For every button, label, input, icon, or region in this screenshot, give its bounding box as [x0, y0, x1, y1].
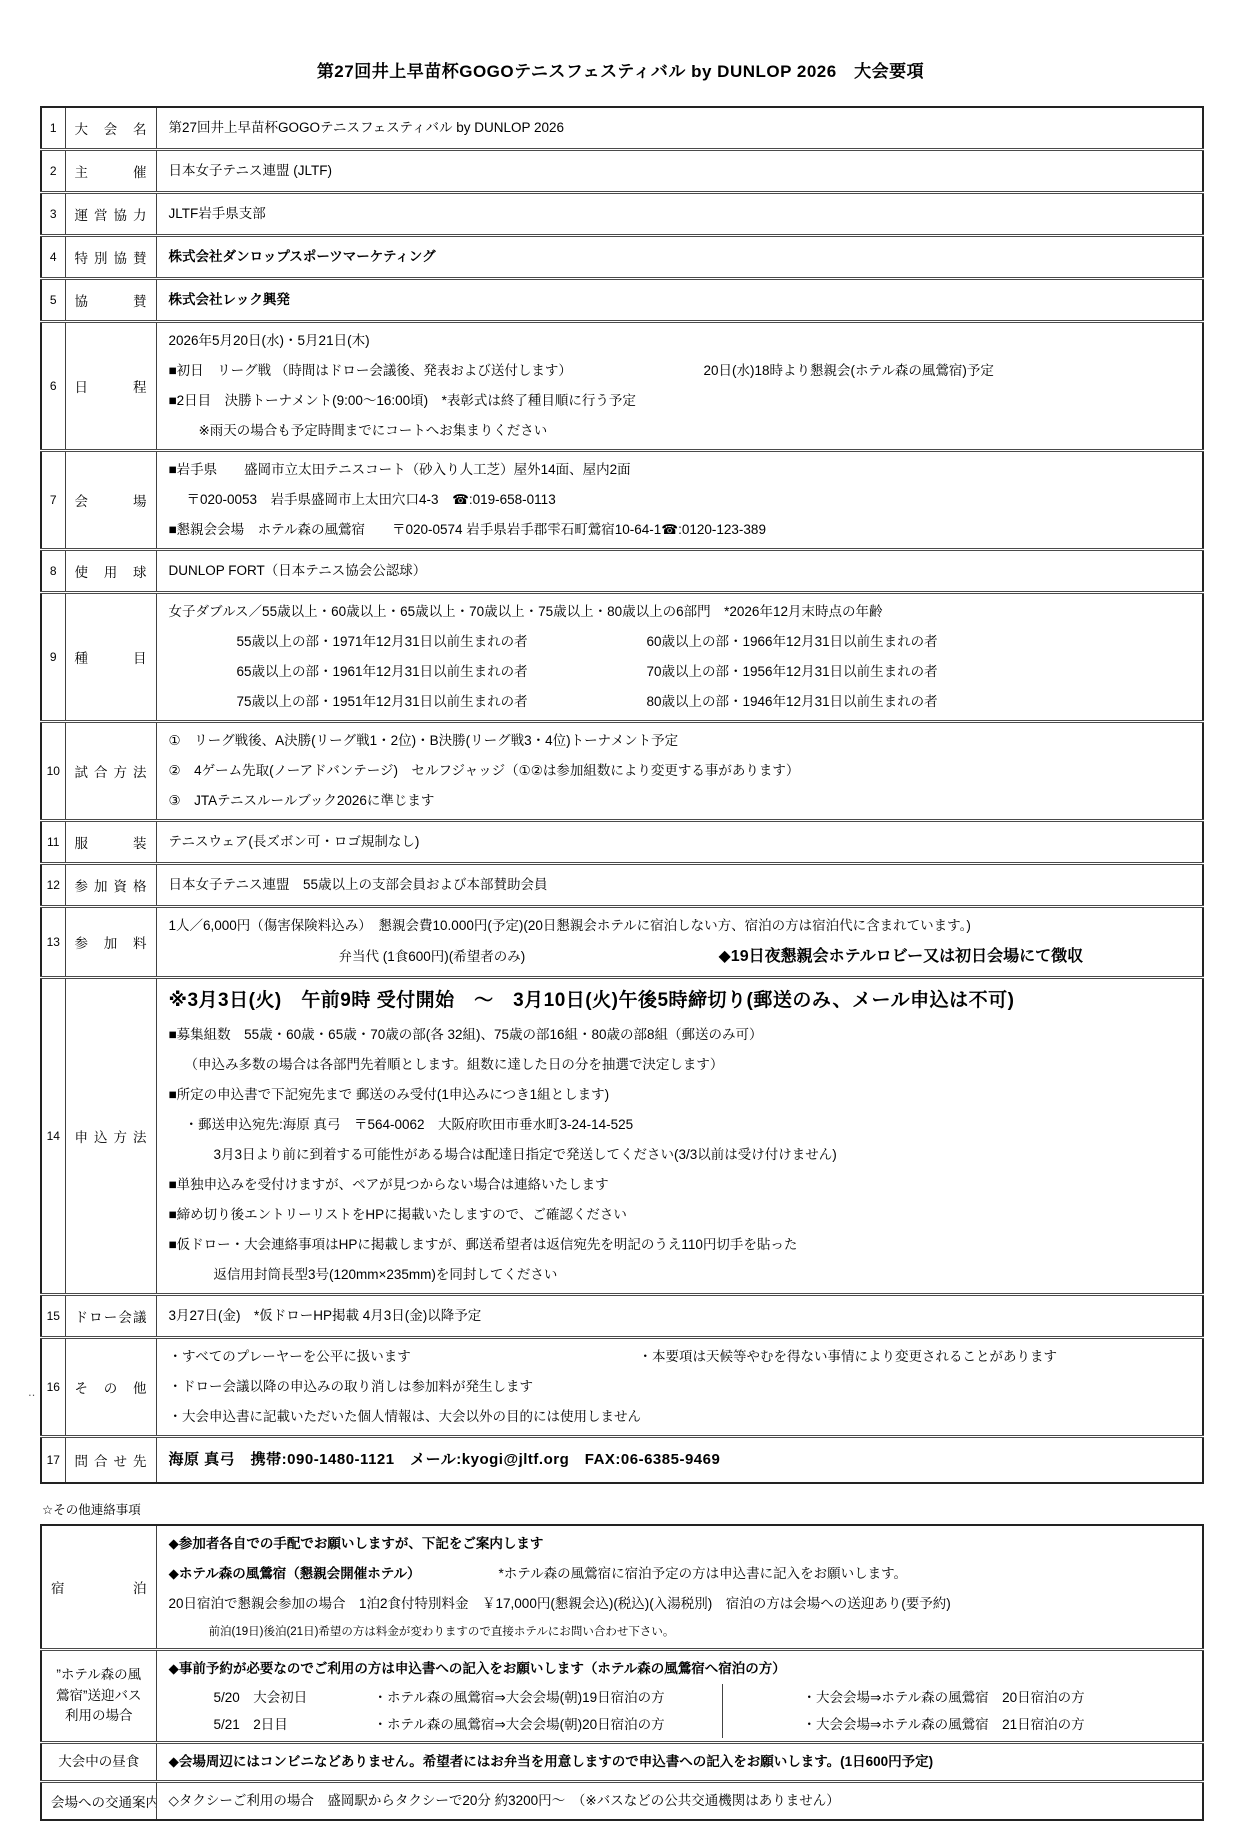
text-segment: ■単独申込みを受付けますが、ペアが見つからない場合は連絡いたします: [169, 1170, 609, 1200]
row-content: 株式会社レック興発: [156, 279, 1203, 322]
row-content: テニスウェア(長ズボン可・ロゴ規制なし): [156, 821, 1203, 864]
text-segment: 2026年5月20日(水)・5月21日(木): [169, 326, 370, 356]
notes-row-3: 大会中の昼食◆会場周辺にはコンビニなどありません。希望者にはお弁当を用意しますの…: [41, 1743, 1203, 1782]
row-content: ■岩手県 盛岡市立太田テニスコート（砂入り人工芝）屋外14面、屋内2面〒020-…: [156, 451, 1203, 550]
content-line: 5/21 2日目・ホテル森の風鶯宿⇒大会会場(朝)20日宿泊の方・大会会場⇒ホテ…: [169, 1711, 1203, 1738]
row-content: 3月27日(金) *仮ドローHP掲載 4月3日(金)以降予定: [156, 1295, 1203, 1338]
content-line: 日本女子テニス連盟 55歳以上の支部会員および本部賛助会員: [169, 868, 1203, 902]
row-content: ① リーグ戦後、A決勝(リーグ戦1・2位)・B決勝(リーグ戦3・4位)トーナメン…: [156, 722, 1203, 821]
info-row-1: 1大会名第27回井上早苗杯GOGOテニスフェスティバル by DUNLOP 20…: [41, 107, 1203, 150]
text-segment: 20日宿泊で懇親会参加の場合 1泊2食付特別料金 ￥17,000円(懇親会込)(…: [169, 1589, 951, 1619]
row-label: 参加資格: [65, 864, 156, 907]
content-line: ◆事前予約が必要なのでご利用の方は申込書への記入をお願いします（ホテル森の風鶯宿…: [169, 1654, 1203, 1684]
row-label: その他: [65, 1338, 156, 1437]
info-row-14: 14申込方法※3月3日(火) 午前9時 受付開始 ～ 3月10日(火)午後5時締…: [41, 978, 1203, 1295]
content-line: 第27回井上早苗杯GOGOテニスフェスティバル by DUNLOP 2026: [169, 111, 1203, 145]
text-segment: ◆ホテル森の風鶯宿（懇親会開催ホテル）: [169, 1559, 499, 1589]
row-content: 女子ダブルス／55歳以上・60歳以上・65歳以上・70歳以上・75歳以上・80歳…: [156, 593, 1203, 722]
row-content: 1人／6,000円（傷害保険料込み） 懇親会費10.000円(予定)(20日懇親…: [156, 907, 1203, 978]
content-line: 弁当代 (1食600円)(希望者のみ)◆19日夜懇親会ホテルロビー又は初日会場に…: [169, 941, 1203, 973]
text-segment: ・すべてのプレーヤーを公平に扱います: [169, 1342, 639, 1372]
row-label: 服装: [65, 821, 156, 864]
row-number: 1: [41, 107, 65, 150]
content-line: 1人／6,000円（傷害保険料込み） 懇親会費10.000円(予定)(20日懇親…: [169, 911, 1203, 941]
text-segment: テニスウェア(長ズボン可・ロゴ規制なし): [169, 825, 420, 859]
content-line: 海原 真弓 携帯:090-1480-1121 メール:kyogi@jltf.or…: [169, 1441, 1203, 1479]
row-label: 大会名: [65, 107, 156, 150]
content-line: 株式会社レック興発: [169, 283, 1203, 317]
row-label: 使用球: [65, 550, 156, 593]
text-segment: 返信用封筒長型3号(120mm×235mm)を同封してください: [214, 1260, 558, 1290]
row-label: 協賛: [65, 279, 156, 322]
notes-row-1: 宿泊◆参加者各自での手配でお願いしますが、下記をご案内します◆ホテル森の風鶯宿（…: [41, 1525, 1203, 1650]
content-line: ■初日 リーグ戦 （時間はドロー会議後、発表および送付します）20日(水)18時…: [169, 356, 1203, 386]
content-line: ・すべてのプレーヤーを公平に扱います・本要項は天候等やむを得ない事情により変更さ…: [169, 1342, 1203, 1372]
row-label: 特別協賛: [65, 236, 156, 279]
text-segment: ・大会会場⇒ホテル森の風鶯宿 20日宿泊の方: [722, 1684, 1085, 1711]
row-label: 申込方法: [65, 978, 156, 1295]
row-content: 2026年5月20日(水)・5月21日(木)■初日 リーグ戦 （時間はドロー会議…: [156, 322, 1203, 451]
text-segment: JLTF岩手県支部: [169, 197, 266, 231]
row-content: ◆事前予約が必要なのでご利用の方は申込書への記入をお願いします（ホテル森の風鶯宿…: [156, 1650, 1203, 1743]
row-label: 大会中の昼食: [41, 1743, 156, 1782]
row-content: ・すべてのプレーヤーを公平に扱います・本要項は天候等やむを得ない事情により変更さ…: [156, 1338, 1203, 1437]
text-segment: 55歳以上の部・1971年12月31日以前生まれの者: [237, 627, 647, 657]
content-line: ※雨天の場合も予定時間までにコートへお集まりください: [169, 416, 1203, 446]
text-segment: ◆参加者各自での手配でお願いしますが、下記をご案内します: [169, 1529, 544, 1559]
text-segment: ◆会場周辺にはコンビニなどありません。希望者にはお弁当を用意しますので申込書への…: [169, 1747, 934, 1777]
info-row-10: 10試合方法① リーグ戦後、A決勝(リーグ戦1・2位)・B決勝(リーグ戦3・4位…: [41, 722, 1203, 821]
content-line: 前泊(19日)後泊(21日)希望の方は料金が変わりますので直接ホテルにお問い合わ…: [169, 1619, 1203, 1645]
text-segment: 3月27日(金) *仮ドローHP掲載 4月3日(金)以降予定: [169, 1299, 482, 1333]
row-content: ◆会場周辺にはコンビニなどありません。希望者にはお弁当を用意しますので申込書への…: [156, 1743, 1203, 1782]
content-line: ■仮ドロー・大会連絡事項はHPに掲載しますが、郵送希望者は返信宛先を明記のうえ1…: [169, 1230, 1203, 1260]
text-segment: 日本女子テニス連盟 55歳以上の支部会員および本部賛助会員: [169, 868, 548, 902]
text-segment: 5/20 大会初日: [214, 1684, 374, 1711]
row-label: 運営協力: [65, 193, 156, 236]
text-segment: 1人／6,000円（傷害保険料込み） 懇親会費10.000円(予定)(20日懇親…: [169, 911, 971, 941]
text-segment: 65歳以上の部・1961年12月31日以前生まれの者: [237, 657, 647, 687]
info-row-17: 17問合せ先海原 真弓 携帯:090-1480-1121 メール:kyogi@j…: [41, 1437, 1203, 1484]
notes-row-2: ”ホテル森の風鶯宿”送迎バス利用の場合◆事前予約が必要なのでご利用の方は申込書へ…: [41, 1650, 1203, 1743]
content-line: 20日宿泊で懇親会参加の場合 1泊2食付特別料金 ￥17,000円(懇親会込)(…: [169, 1589, 1203, 1619]
info-row-5: 5協賛株式会社レック興発: [41, 279, 1203, 322]
info-row-12: 12参加資格日本女子テニス連盟 55歳以上の支部会員および本部賛助会員: [41, 864, 1203, 907]
info-row-4: 4特別協賛株式会社ダンロップスポーツマーケティング: [41, 236, 1203, 279]
content-line: 株式会社ダンロップスポーツマーケティング: [169, 240, 1203, 274]
info-row-9: 9種目女子ダブルス／55歳以上・60歳以上・65歳以上・70歳以上・75歳以上・…: [41, 593, 1203, 722]
text-segment: ・大会申込書に記載いただいた個人情報は、大会以外の目的には使用しません: [169, 1402, 642, 1432]
other-notes-table: 宿泊◆参加者各自での手配でお願いしますが、下記をご案内します◆ホテル森の風鶯宿（…: [40, 1524, 1204, 1821]
info-row-16: 16その他・すべてのプレーヤーを公平に扱います・本要項は天候等やむを得ない事情に…: [41, 1338, 1203, 1437]
row-label: 日程: [65, 322, 156, 451]
text-segment: ■2日目 決勝トーナメント(9:00～16:00頃) *表彰式は終了種目順に行う…: [169, 386, 636, 416]
content-line: 〒020-0053 岩手県盛岡市上太田穴口4-3 ☎:019-658-0113: [169, 485, 1203, 515]
text-segment: ※3月3日(火) 午前9時 受付開始 ～ 3月10日(火)午後5時締切り(郵送の…: [169, 982, 1015, 1020]
text-segment: 5/21 2日目: [214, 1711, 374, 1738]
content-line: ■岩手県 盛岡市立太田テニスコート（砂入り人工芝）屋外14面、屋内2面: [169, 455, 1203, 485]
content-line: ・郵送申込宛先:海原 真弓 〒564-0062 大阪府吹田市垂水町3-24-14…: [169, 1110, 1203, 1140]
info-row-15: 15ドロー会議3月27日(金) *仮ドローHP掲載 4月3日(金)以降予定: [41, 1295, 1203, 1338]
content-line: ■所定の申込書で下記宛先まで 郵送のみ受付(1申込みにつき1組とします): [169, 1080, 1203, 1110]
content-line: ① リーグ戦後、A決勝(リーグ戦1・2位)・B決勝(リーグ戦3・4位)トーナメン…: [169, 726, 1203, 756]
section-heading: ☆その他連絡事項: [42, 1500, 1241, 1518]
text-segment: ① リーグ戦後、A決勝(リーグ戦1・2位)・B決勝(リーグ戦3・4位)トーナメン…: [169, 726, 679, 756]
content-line: 75歳以上の部・1951年12月31日以前生まれの者80歳以上の部・1946年1…: [169, 687, 1203, 717]
content-line: 返信用封筒長型3号(120mm×235mm)を同封してください: [169, 1260, 1203, 1290]
content-line: ◆ホテル森の風鶯宿（懇親会開催ホテル）*ホテル森の風鶯宿に宿泊予定の方は申込書に…: [169, 1559, 1203, 1589]
text-segment: 80歳以上の部・1946年12月31日以前生まれの者: [647, 687, 938, 717]
text-segment: ・ホテル森の風鶯宿⇒大会会場(朝)20日宿泊の方: [374, 1711, 722, 1738]
row-number: 5: [41, 279, 65, 322]
row-content: 第27回井上早苗杯GOGOテニスフェスティバル by DUNLOP 2026: [156, 107, 1203, 150]
row-number: 2: [41, 150, 65, 193]
info-row-13: 13参加料1人／6,000円（傷害保険料込み） 懇親会費10.000円(予定)(…: [41, 907, 1203, 978]
row-content: 日本女子テニス連盟 55歳以上の支部会員および本部賛助会員: [156, 864, 1203, 907]
row-label: ”ホテル森の風鶯宿”送迎バス利用の場合: [41, 1650, 156, 1743]
content-line: JLTF岩手県支部: [169, 197, 1203, 231]
text-segment: 株式会社ダンロップスポーツマーケティング: [169, 240, 436, 274]
content-line: ③ JTAテニスルールブック2026に準じます: [169, 786, 1203, 816]
row-number: 16: [41, 1338, 65, 1437]
row-number: 10: [41, 722, 65, 821]
row-content: 日本女子テニス連盟 (JLTF): [156, 150, 1203, 193]
content-line: DUNLOP FORT（日本テニス協会公認球）: [169, 554, 1203, 588]
info-row-3: 3運営協力JLTF岩手県支部: [41, 193, 1203, 236]
text-segment: ■仮ドロー・大会連絡事項はHPに掲載しますが、郵送希望者は返信宛先を明記のうえ1…: [169, 1230, 798, 1260]
content-line: ・ドロー会議以降の申込みの取り消しは参加料が発生します: [169, 1372, 1203, 1402]
text-segment: 弁当代 (1食600円)(希望者のみ): [339, 941, 719, 973]
content-line: 女子ダブルス／55歳以上・60歳以上・65歳以上・70歳以上・75歳以上・80歳…: [169, 597, 1203, 627]
text-segment: ③ JTAテニスルールブック2026に準じます: [169, 786, 435, 816]
content-line: ② 4ゲーム先取(ノーアドバンテージ) セルフジャッジ（①②は参加組数により変更…: [169, 756, 1203, 786]
text-segment: ■岩手県 盛岡市立太田テニスコート（砂入り人工芝）屋外14面、屋内2面: [169, 455, 631, 485]
text-segment: ・郵送申込宛先:海原 真弓 〒564-0062 大阪府吹田市垂水町3-24-14…: [185, 1110, 634, 1140]
row-number: 17: [41, 1437, 65, 1484]
text-segment: *ホテル森の風鶯宿に宿泊予定の方は申込書に記入をお願いします。: [499, 1559, 908, 1589]
text-segment: ・ホテル森の風鶯宿⇒大会会場(朝)19日宿泊の方: [374, 1684, 722, 1711]
content-line: ■単独申込みを受付けますが、ペアが見つからない場合は連絡いたします: [169, 1170, 1203, 1200]
content-line: 2026年5月20日(水)・5月21日(木): [169, 326, 1203, 356]
row-label: 試合方法: [65, 722, 156, 821]
text-segment: ■懇親会会場 ホテル森の風鶯宿 〒020-0574 岩手県岩手郡雫石町鶯宿10-…: [169, 515, 766, 545]
row-label: 宿泊: [41, 1525, 156, 1650]
text-segment: 70歳以上の部・1956年12月31日以前生まれの者: [647, 657, 938, 687]
content-line: 日本女子テニス連盟 (JLTF): [169, 154, 1203, 188]
row-number: 14: [41, 978, 65, 1295]
text-segment: （申込み多数の場合は各部門先着順とします。組数に達した日の分を抽選で決定します）: [185, 1050, 724, 1080]
text-segment: ■初日 リーグ戦 （時間はドロー会議後、発表および送付します）: [169, 356, 704, 386]
row-number: 15: [41, 1295, 65, 1338]
row-number: 3: [41, 193, 65, 236]
content-line: ・大会申込書に記載いただいた個人情報は、大会以外の目的には使用しません: [169, 1402, 1203, 1432]
text-segment: 20日(水)18時より懇親会(ホテル森の風鶯宿)予定: [704, 356, 994, 386]
content-line: ◆会場周辺にはコンビニなどありません。希望者にはお弁当を用意しますので申込書への…: [169, 1747, 1203, 1777]
row-label: 参加料: [65, 907, 156, 978]
notes-row-4: 会場への交通案内◇タクシーご利用の場合 盛岡駅からタクシーで20分 約3200円…: [41, 1782, 1203, 1821]
text-segment: 〒020-0053 岩手県盛岡市上太田穴口4-3 ☎:019-658-0113: [187, 485, 556, 515]
content-line: ◆参加者各自での手配でお願いしますが、下記をご案内します: [169, 1529, 1203, 1559]
info-row-7: 7会場■岩手県 盛岡市立太田テニスコート（砂入り人工芝）屋外14面、屋内2面〒0…: [41, 451, 1203, 550]
row-number: 12: [41, 864, 65, 907]
row-number: 13: [41, 907, 65, 978]
info-row-2: 2主催日本女子テニス連盟 (JLTF): [41, 150, 1203, 193]
content-line: ■募集組数 55歳・60歳・65歳・70歳の部(各 32組)、75歳の部16組・…: [169, 1020, 1203, 1050]
row-number: 9: [41, 593, 65, 722]
page-title: 第27回井上早苗杯GOGOテニスフェスティバル by DUNLOP 2026 大…: [0, 0, 1241, 82]
content-line: 5/20 大会初日・ホテル森の風鶯宿⇒大会会場(朝)19日宿泊の方・大会会場⇒ホ…: [169, 1684, 1203, 1711]
text-segment: 3月3日より前に到着する可能性がある場合は配達日指定で発送してください(3/3以…: [214, 1140, 837, 1170]
row-content: ◆参加者各自での手配でお願いしますが、下記をご案内します◆ホテル森の風鶯宿（懇親…: [156, 1525, 1203, 1650]
text-segment: ・ドロー会議以降の申込みの取り消しは参加料が発生します: [169, 1372, 534, 1402]
row-content: ◇タクシーご利用の場合 盛岡駅からタクシーで20分 約3200円～ （※バスなど…: [156, 1782, 1203, 1821]
content-line: ■懇親会会場 ホテル森の風鶯宿 〒020-0574 岩手県岩手郡雫石町鶯宿10-…: [169, 515, 1203, 545]
stray-dots-artifact: ‥: [28, 1386, 36, 1399]
content-line: ■2日目 決勝トーナメント(9:00～16:00頃) *表彰式は終了種目順に行う…: [169, 386, 1203, 416]
content-line: ■締め切り後エントリーリストをHPに掲載いたしますので、ご確認ください: [169, 1200, 1203, 1230]
text-segment: 前泊(19日)後泊(21日)希望の方は料金が変わりますので直接ホテルにお問い合わ…: [209, 1619, 675, 1645]
row-label: 会場: [65, 451, 156, 550]
row-label: 種目: [65, 593, 156, 722]
content-line: ◇タクシーご利用の場合 盛岡駅からタクシーで20分 約3200円～ （※バスなど…: [169, 1786, 1203, 1816]
info-row-6: 6日程2026年5月20日(水)・5月21日(木)■初日 リーグ戦 （時間はドロ…: [41, 322, 1203, 451]
row-number: 8: [41, 550, 65, 593]
text-segment: 日本女子テニス連盟 (JLTF): [169, 154, 332, 188]
row-label: 会場への交通案内: [41, 1782, 156, 1821]
row-label: 問合せ先: [65, 1437, 156, 1484]
tournament-guidelines-page: { "page_title": "第27回井上早苗杯GOGOテニスフェスティバル…: [0, 0, 1241, 1755]
row-content: JLTF岩手県支部: [156, 193, 1203, 236]
text-segment: 第27回井上早苗杯GOGOテニスフェスティバル by DUNLOP 2026: [169, 111, 565, 145]
text-segment: DUNLOP FORT（日本テニス協会公認球）: [169, 554, 427, 588]
content-line: 55歳以上の部・1971年12月31日以前生まれの者60歳以上の部・1966年1…: [169, 627, 1203, 657]
text-segment: ② 4ゲーム先取(ノーアドバンテージ) セルフジャッジ（①②は参加組数により変更…: [169, 756, 800, 786]
row-number: 4: [41, 236, 65, 279]
text-segment: 株式会社レック興発: [169, 283, 290, 317]
content-line: （申込み多数の場合は各部門先着順とします。組数に達した日の分を抽選で決定します）: [169, 1050, 1203, 1080]
row-content: DUNLOP FORT（日本テニス協会公認球）: [156, 550, 1203, 593]
text-segment: ■所定の申込書で下記宛先まで 郵送のみ受付(1申込みにつき1組とします): [169, 1080, 610, 1110]
text-segment: 女子ダブルス／55歳以上・60歳以上・65歳以上・70歳以上・75歳以上・80歳…: [169, 597, 883, 627]
row-content: ※3月3日(火) 午前9時 受付開始 ～ 3月10日(火)午後5時締切り(郵送の…: [156, 978, 1203, 1295]
row-label: 主催: [65, 150, 156, 193]
content-line: 3月3日より前に到着する可能性がある場合は配達日指定で発送してください(3/3以…: [169, 1140, 1203, 1170]
text-segment: 60歳以上の部・1966年12月31日以前生まれの者: [647, 627, 938, 657]
text-segment: ■締め切り後エントリーリストをHPに掲載いたしますので、ご確認ください: [169, 1200, 627, 1230]
text-segment: 海原 真弓 携帯:090-1480-1121 メール:kyogi@jltf.or…: [169, 1441, 721, 1479]
content-line: ※3月3日(火) 午前9時 受付開始 ～ 3月10日(火)午後5時締切り(郵送の…: [169, 982, 1203, 1020]
row-number: 11: [41, 821, 65, 864]
text-segment: 75歳以上の部・1951年12月31日以前生まれの者: [237, 687, 647, 717]
text-segment: ・大会会場⇒ホテル森の風鶯宿 21日宿泊の方: [722, 1711, 1085, 1738]
text-segment: ◇タクシーご利用の場合 盛岡駅からタクシーで20分 約3200円～ （※バスなど…: [169, 1786, 840, 1816]
content-line: テニスウェア(長ズボン可・ロゴ規制なし): [169, 825, 1203, 859]
tournament-info-table: 1大会名第27回井上早苗杯GOGOテニスフェスティバル by DUNLOP 20…: [40, 106, 1204, 1484]
text-segment: ◆事前予約が必要なのでご利用の方は申込書への記入をお願いします（ホテル森の風鶯宿…: [169, 1654, 786, 1684]
row-number: 7: [41, 451, 65, 550]
info-row-11: 11服装テニスウェア(長ズボン可・ロゴ規制なし): [41, 821, 1203, 864]
text-segment: ◆19日夜懇親会ホテルロビー又は初日会場にて徴収: [719, 941, 1084, 973]
content-line: 3月27日(金) *仮ドローHP掲載 4月3日(金)以降予定: [169, 1299, 1203, 1333]
text-segment: ・本要項は天候等やむを得ない事情により変更されることがあります: [639, 1342, 1058, 1372]
content-line: 65歳以上の部・1961年12月31日以前生まれの者70歳以上の部・1956年1…: [169, 657, 1203, 687]
info-row-8: 8使用球DUNLOP FORT（日本テニス協会公認球）: [41, 550, 1203, 593]
row-content: 株式会社ダンロップスポーツマーケティング: [156, 236, 1203, 279]
row-number: 6: [41, 322, 65, 451]
text-segment: ※雨天の場合も予定時間までにコートへお集まりください: [199, 416, 548, 446]
text-segment: ■募集組数 55歳・60歳・65歳・70歳の部(各 32組)、75歳の部16組・…: [169, 1020, 763, 1050]
row-label: ドロー会議: [65, 1295, 156, 1338]
row-content: 海原 真弓 携帯:090-1480-1121 メール:kyogi@jltf.or…: [156, 1437, 1203, 1484]
